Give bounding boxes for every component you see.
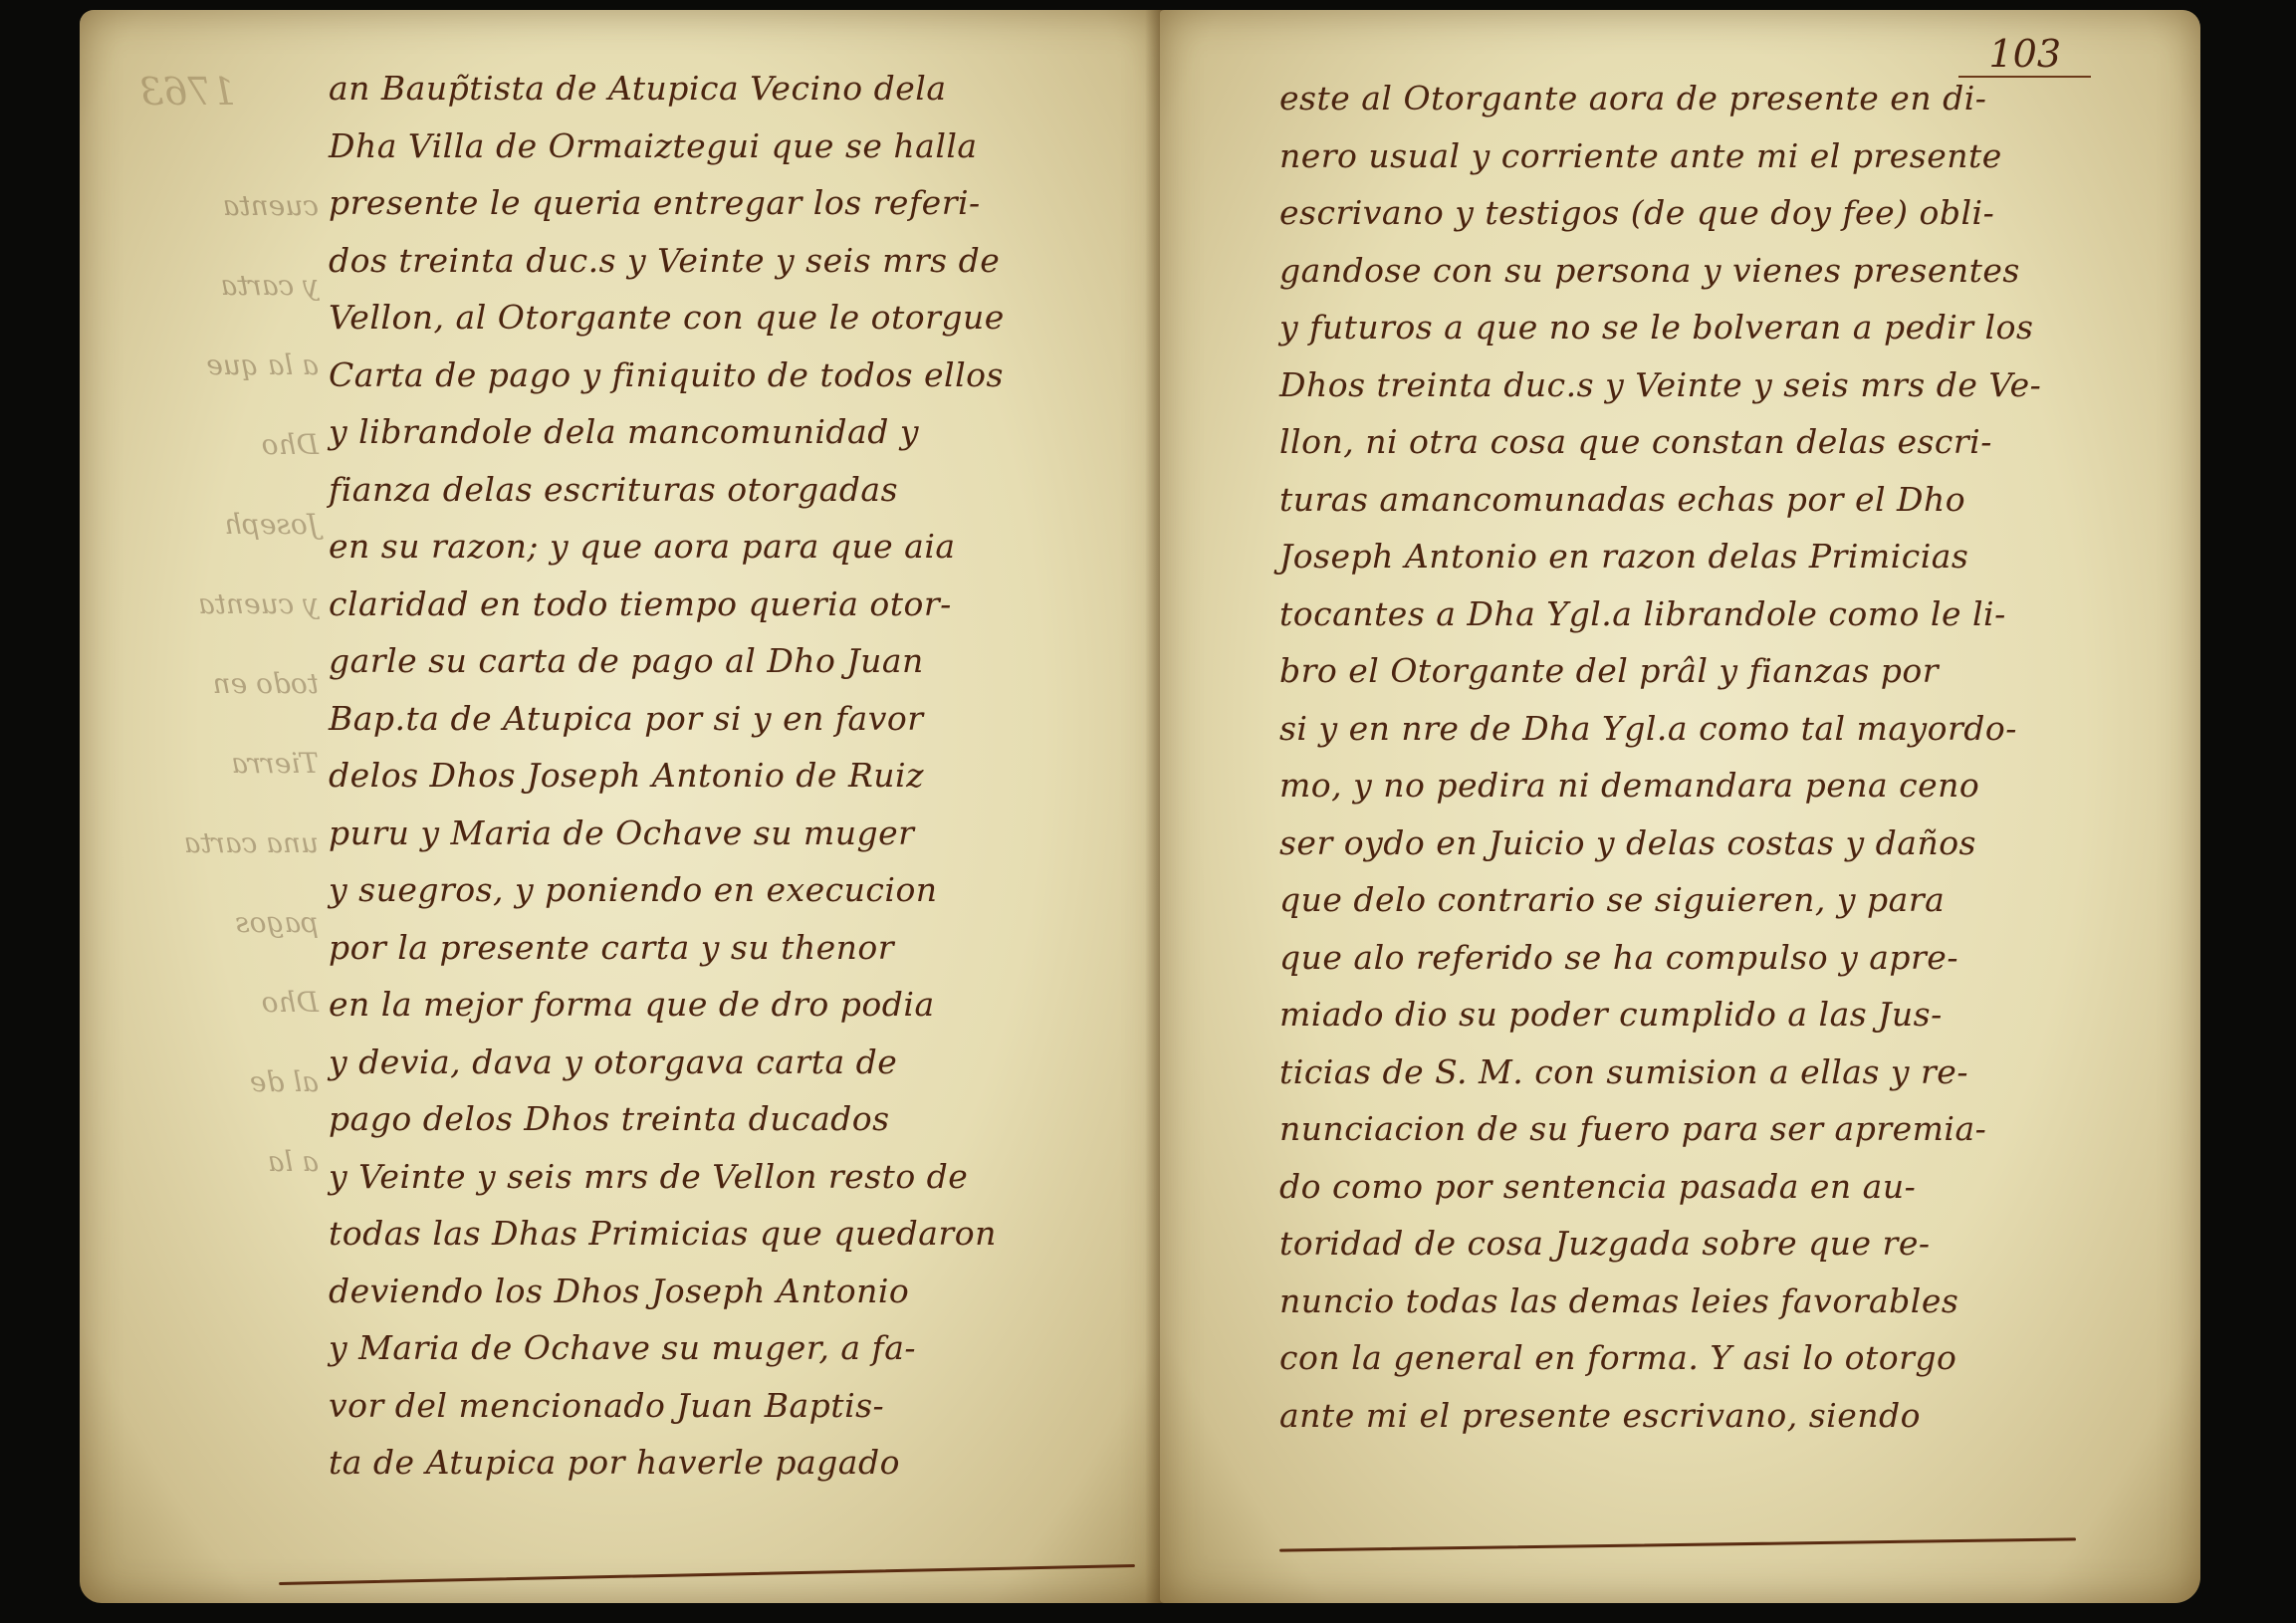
manuscript-line: nunciacion de su fuero para ser apremia- bbox=[1279, 1100, 2156, 1158]
manuscript-line: turas amancomunadas echas por el Dho bbox=[1279, 471, 2156, 529]
margin-bleed-note: todo en bbox=[90, 667, 319, 747]
manuscript-line: Bap.ta de Atupica por si y en favor bbox=[329, 690, 1125, 748]
manuscript-line: llon, ni otra cosa que constan delas esc… bbox=[1279, 413, 2156, 471]
manuscript-line: por la presente carta y su thenor bbox=[329, 919, 1125, 977]
manuscript-line: claridad en todo tiempo queria otor- bbox=[329, 576, 1125, 633]
left-page-text: an Baup̃tista de Atupica Vecino delaDha … bbox=[329, 60, 1125, 1492]
manuscript-line: miado dio su poder cumplido a las Jus- bbox=[1279, 986, 2156, 1043]
manuscript-line: pago delos Dhos treinta ducados bbox=[329, 1090, 1125, 1148]
manuscript-line: delos Dhos Joseph Antonio de Ruiz bbox=[329, 747, 1125, 805]
manuscript-line: an Baup̃tista de Atupica Vecino dela bbox=[329, 60, 1125, 117]
manuscript-line: deviendo los Dhos Joseph Antonio bbox=[329, 1263, 1125, 1320]
manuscript-line: nuncio todas las demas leies favorables bbox=[1279, 1273, 2156, 1330]
manuscript-line: dos treinta duc.s y Veinte y seis mrs de bbox=[329, 232, 1125, 290]
margin-bleed-note: pagos bbox=[90, 906, 319, 986]
manuscript-line: do como por sentencia pasada en au- bbox=[1279, 1158, 2156, 1216]
manuscript-line: con la general en forma. Y asi lo otorgo bbox=[1279, 1329, 2156, 1387]
margin-bleed-notes: cuentay cartaa la queDhoJosephy cuentato… bbox=[90, 189, 319, 1225]
right-page: 103 este al Otorgante aora de presente e… bbox=[1160, 10, 2200, 1603]
manuscript-spread: 1763 cuentay cartaa la queDhoJosephy cue… bbox=[80, 10, 2200, 1613]
manuscript-line: si y en nre de Dha Ygl.a como tal mayord… bbox=[1279, 700, 2156, 758]
manuscript-line: ta de Atupica por haverle pagado bbox=[329, 1434, 1125, 1492]
manuscript-line: que alo referido se ha compulso y apre- bbox=[1279, 929, 2156, 987]
manuscript-line: tocantes a Dha Ygl.a librandole como le … bbox=[1279, 585, 2156, 643]
margin-bleed-note: Dho bbox=[90, 986, 319, 1065]
margin-bleed-note: y carta bbox=[90, 269, 319, 348]
manuscript-line: bro el Otorgante del prâl y fianzas por bbox=[1279, 642, 2156, 700]
manuscript-line: escrivano y testigos (de que doy fee) ob… bbox=[1279, 184, 2156, 242]
manuscript-line: y suegros, y poniendo en execucion bbox=[329, 861, 1125, 919]
manuscript-line: este al Otorgante aora de presente en di… bbox=[1279, 70, 2156, 127]
left-page: 1763 cuentay cartaa la queDhoJosephy cue… bbox=[80, 10, 1165, 1603]
margin-bleed-note: Dho bbox=[90, 428, 319, 508]
margin-bleed-note: y cuenta bbox=[90, 587, 319, 667]
manuscript-line: mo, y no pedira ni demandara pena ceno bbox=[1279, 757, 2156, 814]
margin-bleed-note: Tierra bbox=[90, 747, 319, 826]
manuscript-line: presente le queria entregar los referi- bbox=[329, 174, 1125, 232]
manuscript-line: fianza delas escrituras otorgadas bbox=[329, 461, 1125, 519]
margin-bleed-note: a la bbox=[90, 1145, 319, 1225]
manuscript-line: que delo contrario se siguieren, y para bbox=[1279, 871, 2156, 929]
manuscript-line: nero usual y corriente ante mi el presen… bbox=[1279, 127, 2156, 185]
manuscript-line: vor del mencionado Juan Baptis- bbox=[329, 1377, 1125, 1435]
manuscript-line: ticias de S. M. con sumision a ellas y r… bbox=[1279, 1043, 2156, 1101]
manuscript-line: y Veinte y seis mrs de Vellon resto de bbox=[329, 1148, 1125, 1206]
bleed-through-year: 1763 bbox=[139, 70, 236, 114]
manuscript-line: Joseph Antonio en razon delas Primicias bbox=[1279, 528, 2156, 585]
manuscript-line: puru y Maria de Ochave su muger bbox=[329, 805, 1125, 862]
margin-bleed-note: Joseph bbox=[90, 508, 319, 587]
manuscript-line: y devia, dava y otorgava carta de bbox=[329, 1034, 1125, 1091]
manuscript-line: Vellon, al Otorgante con que le otorgue bbox=[329, 289, 1125, 347]
margin-bleed-note: una carta bbox=[90, 826, 319, 906]
margin-bleed-note: a la que bbox=[90, 348, 319, 428]
manuscript-line: y librandole dela mancomunidad y bbox=[329, 403, 1125, 461]
manuscript-line: todas las Dhas Primicias que quedaron bbox=[329, 1205, 1125, 1263]
manuscript-line: y futuros a que no se le bolveran a pedi… bbox=[1279, 299, 2156, 356]
margin-bleed-note: al de bbox=[90, 1065, 319, 1145]
manuscript-line: en la mejor forma que de dro podia bbox=[329, 976, 1125, 1034]
manuscript-line: toridad de cosa Juzgada sobre que re- bbox=[1279, 1215, 2156, 1273]
margin-bleed-note: cuenta bbox=[90, 189, 319, 269]
manuscript-line: gandose con su persona y vienes presente… bbox=[1279, 242, 2156, 300]
manuscript-line: ser oydo en Juicio y delas costas y daño… bbox=[1279, 814, 2156, 872]
manuscript-line: en su razon; y que aora para que aia bbox=[329, 518, 1125, 576]
manuscript-line: garle su carta de pago al Dho Juan bbox=[329, 632, 1125, 690]
manuscript-line: Dhos treinta duc.s y Veinte y seis mrs d… bbox=[1279, 356, 2156, 414]
manuscript-line: Carta de pago y finiquito de todos ellos bbox=[329, 347, 1125, 404]
right-page-text: este al Otorgante aora de presente en di… bbox=[1279, 70, 2156, 1444]
manuscript-line: y Maria de Ochave su muger, a fa- bbox=[329, 1319, 1125, 1377]
closing-rule bbox=[279, 1564, 1135, 1585]
manuscript-line: Dha Villa de Ormaiztegui que se halla bbox=[329, 117, 1125, 175]
closing-rule bbox=[1279, 1537, 2076, 1551]
manuscript-line: ante mi el presente escrivano, siendo bbox=[1279, 1387, 2156, 1445]
